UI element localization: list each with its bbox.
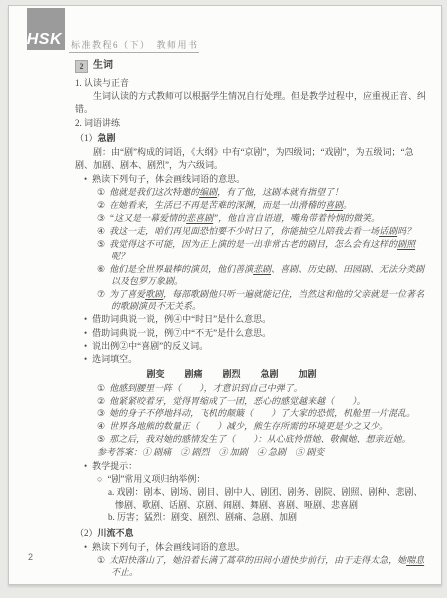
sentence-post: 呢？ bbox=[111, 251, 129, 261]
item-number: ① bbox=[97, 383, 105, 393]
tip-item-b: b. 厉害；猛烈：剧变、剧烈、剧痛、急剧、加剧 bbox=[75, 511, 428, 523]
underlined-word: 编剧 bbox=[199, 187, 217, 197]
section-heading: 2 生词 bbox=[75, 60, 428, 73]
word-intro: 剧：由“剧”构成的词语，《大纲》中有“京剧”，为四级词；“戏剧”，为五级词；“急… bbox=[75, 146, 428, 171]
sentence-text: 她的身子不停地抖动，飞机的颠簸（ ）了大家的恐慌，机舱里一片混乱。 bbox=[109, 408, 415, 418]
page-number: 2 bbox=[28, 552, 33, 562]
word-item-label: （1）急剧 bbox=[75, 132, 428, 144]
bullet-icon: • bbox=[84, 314, 87, 324]
item-number: ④ bbox=[97, 421, 105, 431]
sentence-post: 吗？ bbox=[397, 226, 415, 236]
bullet-text: 借助词典说一说，例⑦中“不无”是什么意思。 bbox=[92, 328, 271, 338]
answer-key: 参考答案：① 剧痛 ② 剧烈 ③ 加剧 ④ 急剧 ⑤ 剧变 bbox=[75, 446, 428, 458]
bullet-text: 熟读下列句子，体会画线词语的意思。 bbox=[92, 174, 245, 184]
item-number: ④ bbox=[97, 226, 105, 236]
item-label-word: 川流不息 bbox=[98, 528, 134, 538]
word-item-label: （2）川流不息 bbox=[75, 527, 428, 539]
bullet-fill-blank: •选词填空。 bbox=[84, 353, 428, 365]
fill-blank-sentence: ②他紧紧咬着牙，觉得胃缩成了一团，恶心的感觉越来越（ ）。 bbox=[75, 395, 428, 407]
sentence-pre: 他就是我们这次特邀的 bbox=[109, 187, 199, 197]
example-sentence: ⑦为了喜爱歌剧，每部歌剧他只听一遍就能记住，当然这和他的父亲就是一位著名的歌剧演… bbox=[75, 288, 428, 313]
example-sentence: ④我这一走，咱们再见面恐怕要不少时日了，你能抽空儿陪我去看一场话剧吗？ bbox=[75, 225, 428, 237]
item-number: ② bbox=[97, 200, 105, 210]
underlined-word: 悲剧 bbox=[253, 264, 271, 274]
bullet-icon: • bbox=[84, 461, 87, 471]
sentence-pre: “这又是一幕爱情的 bbox=[109, 213, 186, 223]
sentence-pre: 他们是全世界最棒的演员，他们善演 bbox=[109, 264, 253, 274]
page-content: 2 生词 1. 认读与正音 生词认读的方式教师可以根据学生情况自行处理。但是教学… bbox=[75, 60, 428, 579]
bullet-icon: • bbox=[84, 542, 87, 552]
bullet-text: 说出例②中“喜剧”的反义词。 bbox=[92, 341, 208, 351]
example-sentence: ③“这又是一幕爱情的悲喜剧”，他自言自语道，嘴角带着怜悯的微笑。 bbox=[75, 212, 428, 224]
sentence-post: 不止。 bbox=[111, 567, 138, 577]
fill-blank-sentence: ④世界各地熊的数量正（ ）减少，熊生存所需的环境更是少之又少。 bbox=[75, 420, 428, 432]
underlined-word: 喘息 bbox=[406, 555, 424, 565]
underlined-word: 话剧 bbox=[379, 226, 397, 236]
tip-item-a: a. 戏剧：剧本、剧场、剧目、剧中人、剧团、剧务、剧院、剧照、剧种、悲剧、惨剧、… bbox=[75, 486, 428, 511]
bullet-icon: • bbox=[84, 328, 87, 338]
section-title: 生词 bbox=[93, 60, 113, 72]
sentence-post: ，有了他，这剧本就有指望了！ bbox=[217, 187, 343, 197]
bullet-read-aloud: •熟读下列句子，体会画线词语的意思。 bbox=[84, 541, 428, 553]
word-bank-item: 急剧 bbox=[261, 368, 279, 380]
bullet-icon: • bbox=[84, 341, 87, 351]
hsk-logo: HSK bbox=[27, 8, 65, 50]
item-label-prefix: （2） bbox=[75, 528, 98, 538]
item-number: ① bbox=[97, 187, 105, 197]
word-bank-item: 加剧 bbox=[299, 368, 317, 380]
bullet-teaching-tip: •教学提示： bbox=[84, 460, 428, 472]
word-bank-item: 剧痛 bbox=[184, 368, 202, 380]
sentence-text: 他紧紧咬着牙，觉得胃缩成了一团，恶心的感觉越来越（ ）。 bbox=[109, 396, 366, 406]
item-number: ③ bbox=[97, 408, 105, 418]
underlined-word: 悲喜剧 bbox=[186, 213, 213, 223]
bullet-read-aloud: •熟读下列句子，体会画线词语的意思。 bbox=[84, 173, 428, 185]
sentence-pre: 我这一走，咱们再见面恐怕要不少时日了，你能抽空儿陪我去看一场 bbox=[109, 226, 379, 236]
bullet-text: 借助词典说一说，例④中“时日”是什么意思。 bbox=[92, 314, 271, 324]
sentence-text: 那之后，我对她的感情发生了（ ）：从心底怜惜她、敬佩她、想亲近她。 bbox=[109, 434, 411, 444]
book-page: HSK 标准教程6（下） 教师用书 2 生词 1. 认读与正音 生词认读的方式教… bbox=[8, 5, 442, 585]
subsection-heading-1: 1. 认读与正音 bbox=[75, 77, 428, 89]
book-title: 标准教程6（下） 教师用书 bbox=[71, 38, 199, 51]
subsection-heading-2: 2. 词语讲练 bbox=[75, 117, 428, 129]
example-sentence: ②在她看来，生活已不再是苦难的深渊，而是一出滑稽的喜剧。 bbox=[75, 199, 428, 211]
item-label-prefix: （1） bbox=[75, 133, 98, 143]
item-number: ② bbox=[97, 396, 105, 406]
bullet-text: 选词填空。 bbox=[92, 354, 137, 364]
word-bank-item: 剧变 bbox=[146, 368, 164, 380]
sentence-post: 。 bbox=[343, 200, 352, 210]
item-label-word: 急剧 bbox=[98, 133, 116, 143]
sentence-pre: 太阳快落山了，她沿着长满了蒿草的田间小道快步前行，由于走得太急，她 bbox=[109, 555, 406, 565]
tip-heading-text: “剧”常用义项归纳举例： bbox=[107, 474, 205, 484]
bullet-dictionary-1: •借助词典说一说，例④中“时日”是什么意思。 bbox=[84, 313, 428, 325]
item-number: ⑦ bbox=[97, 289, 105, 299]
bullet-icon: • bbox=[84, 354, 87, 364]
sentence-text: 世界各地熊的数量正（ ）减少，熊生存所需的环境更是少之又少。 bbox=[109, 421, 388, 431]
sentence-post: ”，他自言自语道，嘴角带着怜悯的微笑。 bbox=[213, 213, 380, 223]
word-bank: 剧变 剧痛 剧烈 急剧 加剧 bbox=[75, 368, 388, 380]
fill-blank-sentence: ⑤那之后，我对她的感情发生了（ ）：从心底怜惜她、敬佩她、想亲近她。 bbox=[75, 433, 428, 445]
bullet-text: 熟读下列句子，体会画线词语的意思。 bbox=[92, 542, 245, 552]
paragraph: 生词认读的方式教师可以根据学生情况自行处理。但是教学过程中，应重视正音、纠错。 bbox=[75, 90, 428, 115]
item-number: ③ bbox=[97, 213, 105, 223]
example-sentence: ①太阳快落山了，她沿着长满了蒿草的田间小道快步前行，由于走得太急，她喘息不止。 bbox=[75, 554, 428, 579]
section-number-box: 2 bbox=[75, 60, 88, 73]
bullet-antonym: •说出例②中“喜剧”的反义词。 bbox=[84, 340, 428, 352]
underlined-word: 剧照 bbox=[397, 239, 415, 249]
example-sentence: ⑥他们是全世界最棒的演员，他们善演悲剧、喜剧、历史剧、田园剧、无法分类剧以及包罗… bbox=[75, 263, 428, 288]
item-number: ⑤ bbox=[97, 434, 105, 444]
title-divider bbox=[69, 52, 199, 53]
bullet-icon: • bbox=[84, 174, 87, 184]
circle-icon: ○ bbox=[97, 474, 102, 484]
tip-heading: ○“剧”常用义项归纳举例： bbox=[97, 473, 428, 485]
fill-blank-sentence: ①他感到腰里一阵（ ），才意识到自己中弹了。 bbox=[75, 382, 428, 394]
sentence-pre: 在她看来，生活已不再是苦难的深渊，而是一出滑稽的 bbox=[109, 200, 325, 210]
item-number: ⑥ bbox=[97, 264, 105, 274]
fill-blank-sentence: ③她的身子不停地抖动，飞机的颠簸（ ）了大家的恐慌，机舱里一片混乱。 bbox=[75, 407, 428, 419]
item-number: ① bbox=[97, 555, 105, 565]
bullet-dictionary-2: •借助词典说一说，例⑦中“不无”是什么意思。 bbox=[84, 327, 428, 339]
sentence-pre: 我觉得这不可能，因为正上演的是一出非常古老的剧目，怎么会有这样的 bbox=[109, 239, 397, 249]
bullet-text: 教学提示： bbox=[92, 461, 137, 471]
sentence-pre: 为了喜爱 bbox=[109, 289, 145, 299]
underlined-word: 歌剧 bbox=[145, 289, 163, 299]
word-bank-item: 剧烈 bbox=[222, 368, 240, 380]
item-number: ⑤ bbox=[97, 239, 105, 249]
sentence-text: 他感到腰里一阵（ ），才意识到自己中弹了。 bbox=[109, 383, 303, 393]
underlined-word: 喜剧 bbox=[325, 200, 343, 210]
example-sentence: ⑤我觉得这不可能，因为正上演的是一出非常古老的剧目，怎么会有这样的剧照呢？ bbox=[75, 238, 428, 263]
example-sentence: ①他就是我们这次特邀的编剧，有了他，这剧本就有指望了！ bbox=[75, 186, 428, 198]
